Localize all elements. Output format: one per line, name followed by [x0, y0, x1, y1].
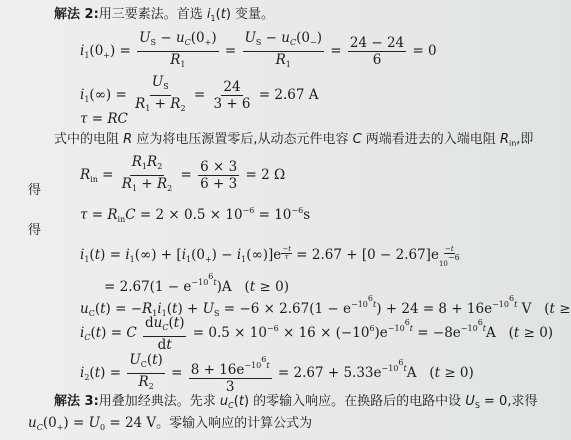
fraction: UC(t)R2 [127, 352, 165, 395]
equation-i1-t-line1: i1(t) = i1(∞) + [i1(0+) − i1(∞)]e−tτ = 2… [80, 246, 460, 269]
equation-tau-value: τ = RinC = 2 × 0.5 × 10−6 = 10−6s [80, 202, 310, 229]
fraction: 6 × 36 + 3 [198, 159, 239, 192]
method2-heading: 解法 2: [54, 7, 99, 22]
fraction: 243 + 6 [211, 79, 252, 112]
equation-i1-0plus: i1(0+) = US − uC(0+)R1 = US − uC(0−)R1 =… [80, 30, 437, 73]
fraction: USR1 + R2 [133, 74, 187, 117]
fraction: US − uC(0+)R1 [137, 30, 218, 73]
equation-i2-t: i2(t) = UC(t)R2 = 8 + 16e−106t3 = 2.67 +… [80, 352, 474, 395]
equation-rin: Rin = R1R2R1 + R2 = 6 × 36 + 3 = 2 Ω [80, 154, 285, 197]
method3-line1: 解法 3:用叠加经典法。先求 uC(t) 的零输入响应。在换路后的电路中设 US… [54, 392, 537, 415]
fraction: duC(t)dt [143, 315, 186, 353]
method2-heading-line: 解法 2:用三要素法。首选 i1(t) 变量。 [54, 5, 274, 28]
fraction: R1R2R1 + R2 [120, 154, 174, 197]
fraction: 8 + 16e−106t3 [189, 352, 272, 395]
conclusion-word-2: 得 [28, 222, 41, 240]
equation-tau-rc: τ = RC [80, 110, 128, 128]
method2-intro: 用三要素法。首选 i1(t) 变量。 [99, 7, 274, 22]
conclusion-word-1: 得 [28, 182, 41, 200]
equation-ic-t: iC(t) = C duC(t)dt = 0.5 × 10−6 × 16 × (… [80, 314, 553, 353]
fraction: US − uC(0−)R1 [243, 30, 324, 73]
method3-heading: 解法 3: [54, 394, 99, 409]
fraction: 24 − 246 [348, 35, 406, 68]
explanation-text: 式中的电阻 R 应为将电压源置零后,从动态元件电容 C 两端看进去的入端电阻 R… [54, 131, 533, 153]
method3-line2: uC(0+) = U0 = 24 V。零输入响应的计算公式为 [28, 414, 312, 437]
